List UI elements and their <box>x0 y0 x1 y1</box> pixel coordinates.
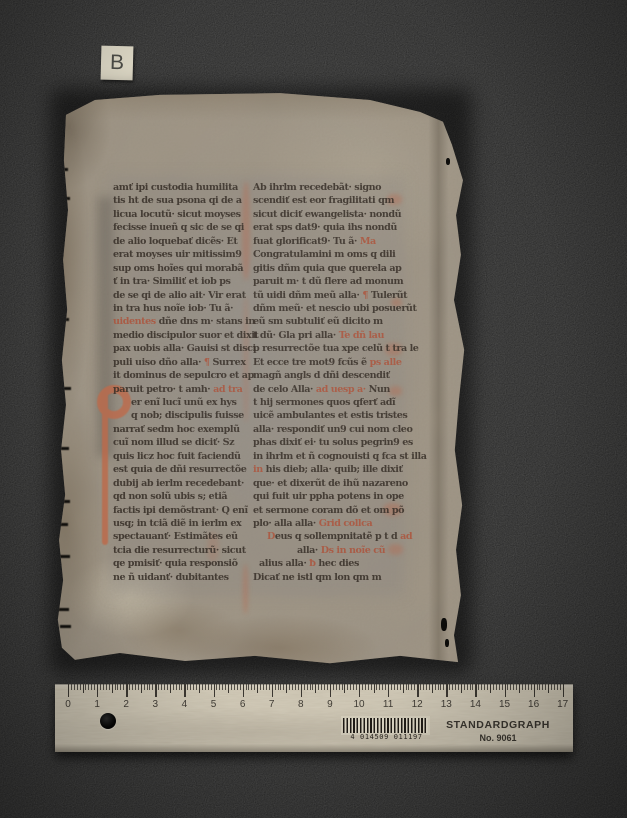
ruler-tick <box>467 684 468 690</box>
ruler-tick <box>83 684 84 693</box>
ruler-tick <box>324 684 325 690</box>
manuscript-line: eũ sm subtuliť eũ dicito m <box>253 315 399 328</box>
ruler-tick <box>551 684 552 690</box>
ruler-tick <box>91 684 92 690</box>
manuscript-line: pax uobis alla· Gauisi st disci <box>113 342 237 355</box>
ruler-tick <box>71 684 72 690</box>
ruler-tick <box>475 684 476 697</box>
manuscript-line: magñ angls d dñi descendiť <box>253 369 399 382</box>
manuscript-page: amť ipi custodia humilitatis ht de sua p… <box>57 92 465 665</box>
ruler-tick <box>400 684 401 690</box>
ruler-tick <box>368 684 369 690</box>
ruler-tick <box>120 684 121 690</box>
manuscript-line: usq; in tciã diẽ in ierlm ex <box>113 517 237 530</box>
manuscript-line: de se qi de alio ait· Vir erat <box>113 289 237 302</box>
manuscript-line: alla· respondiť un9 cui nom cleo <box>253 423 399 436</box>
ruler-tick <box>455 684 456 690</box>
ruler-cm-label: 0 <box>58 699 78 710</box>
ruler-tick <box>446 684 447 697</box>
ruler-tick <box>216 684 217 690</box>
ruler-tick <box>77 684 78 690</box>
ruler-cm-label: 14 <box>465 699 485 710</box>
ruler-tick <box>260 684 261 690</box>
manuscript-line: paruit petro· t amh· ad tra <box>113 383 237 396</box>
ruler-tick <box>347 684 348 690</box>
ruler-tick <box>336 684 337 690</box>
manuscript-line: fecisse inueñ q sic de se qi <box>113 221 237 234</box>
ruler-tick <box>193 684 194 690</box>
manuscript-line: et sermone coram dõ et om põ <box>253 504 399 517</box>
ruler-cm-label: 11 <box>378 699 398 710</box>
ruler-tick <box>234 684 235 690</box>
manuscript-line: uidentes dñe dns m· stans in <box>113 315 237 328</box>
ruler-tick <box>202 684 203 690</box>
manuscript-line: paruit m· t dũ flere ad monum <box>253 275 399 288</box>
ruler-cm-label: 3 <box>145 699 165 710</box>
manuscript-line: qui fuit uir ppha potens in ope <box>253 490 399 503</box>
manuscript-line: tcia die resurrecturũ· sicut <box>113 544 237 557</box>
ruler-tick <box>298 684 299 690</box>
ruler-tick <box>100 684 101 690</box>
ruler-tick <box>295 684 296 690</box>
ruler-cm-label: 10 <box>349 699 369 710</box>
ruler-tick <box>379 684 380 690</box>
ruler-tick <box>420 684 421 690</box>
ruler-tick <box>438 684 439 690</box>
manuscript-line: in his dieb; alla· quib; ille dixiť <box>253 463 399 476</box>
ruler-tick <box>196 684 197 690</box>
ruler-tick <box>292 684 293 690</box>
ruler-tick <box>254 684 255 690</box>
manuscript-line: t hij sermones quos qferť adĩ <box>253 396 399 409</box>
sewing-stitch <box>60 625 71 628</box>
ruler-tick <box>280 684 281 690</box>
ruler-tick <box>307 684 308 690</box>
ruler-tick <box>109 684 110 690</box>
ruler-tick <box>560 684 561 690</box>
ruler-tick <box>403 684 404 693</box>
ruler-tick <box>129 684 130 690</box>
ruler-tick <box>246 684 247 690</box>
ruler-tick <box>103 684 104 690</box>
ruler-tick <box>115 684 116 690</box>
ruler-tick <box>330 684 331 697</box>
manuscript-line: t dũ· Gla pri alla· Te dñ lau <box>253 329 399 342</box>
worm-hole <box>446 158 450 165</box>
ruler-tick <box>310 684 311 690</box>
ruler-tick <box>391 684 392 690</box>
ruler-tick <box>144 684 145 690</box>
manuscript-line: fuat glorificat9· Tu ã· Ma <box>253 235 399 248</box>
manuscript-line: plo· alla alla· Grid collca <box>253 517 399 530</box>
ruler-tick <box>278 684 279 690</box>
manuscript-column-left: amť ipi custodia humilitatis ht de sua p… <box>113 181 237 584</box>
manuscript-line: est quia de dñi resurrectõe <box>113 463 237 476</box>
ruler-cm-label: 13 <box>436 699 456 710</box>
ruler-tick <box>286 684 287 693</box>
hanging-hole <box>100 713 116 729</box>
barcode <box>343 718 428 733</box>
ruler-cm-label: 2 <box>116 699 136 710</box>
manuscript-line: uicẽ ambulantes et estis tristes <box>253 409 399 422</box>
ruler-tick <box>449 684 450 690</box>
manuscript-line: Congratulamini m oms q dili <box>253 248 399 261</box>
ruler-tick <box>208 684 209 690</box>
ruler-tick <box>123 684 124 690</box>
ruler-cm-label: 7 <box>262 699 282 710</box>
ruler-tick <box>339 684 340 690</box>
ruler-tick <box>161 684 162 690</box>
ruler-cm-label: 16 <box>524 699 544 710</box>
ruler-tick <box>496 684 497 690</box>
ruler-tick <box>289 684 290 690</box>
ruler-tick <box>502 684 503 690</box>
ruler-tick <box>408 684 409 690</box>
ruler-tick <box>149 684 150 690</box>
ruler-cm-label: 12 <box>407 699 427 710</box>
ruler-tick <box>342 684 343 690</box>
ruler-tick <box>138 684 139 690</box>
ruler-tick <box>158 684 159 690</box>
ruler-tick <box>181 684 182 690</box>
ruler-tick <box>318 684 319 690</box>
ruler-tick <box>414 684 415 690</box>
ruler-tick <box>85 684 86 690</box>
ruler-tick <box>327 684 328 690</box>
manuscript-line: tis ht de sua psona qi de a <box>113 194 237 207</box>
ruler-tick <box>344 684 345 693</box>
ruler-cm-label: 6 <box>233 699 253 710</box>
ruler-tick <box>365 684 366 690</box>
ruler-cm-label: 17 <box>553 699 573 710</box>
ruler-tick <box>464 684 465 690</box>
ruler-tick <box>214 684 215 697</box>
ruler-tick <box>537 684 538 690</box>
ruler-tick <box>190 684 191 690</box>
ruler-tick <box>179 684 180 690</box>
ruler-tick <box>272 684 273 697</box>
photograph-of-manuscript: B <box>0 0 627 818</box>
ruler-tick <box>106 684 107 690</box>
manuscript-line: p resurrectõe tua xpe celũ t tra le <box>253 342 399 355</box>
ruler-tick <box>237 684 238 690</box>
ruler-tick <box>184 684 185 697</box>
manuscript-line: ť in tra· Similiť et iob ps <box>113 275 237 288</box>
manuscript-line: phas dixiť ei· tu solus pegrin9 es <box>253 436 399 449</box>
ruler-tick <box>225 684 226 690</box>
ruler-tick <box>478 684 479 690</box>
photo-label-letter: B <box>110 51 125 75</box>
ruler-tick <box>240 684 241 690</box>
ruler-tick <box>510 684 511 690</box>
manuscript-line: Dicať ne istl qm lon qm m <box>253 571 399 584</box>
ruler-tick <box>97 684 98 697</box>
ruler-tick <box>394 684 395 690</box>
ruler-cm-label: 1 <box>87 699 107 710</box>
ruler-tick <box>304 684 305 690</box>
manuscript-line: sicut diciť ewangelista· nondũ <box>253 208 399 221</box>
manuscript-line: erat moyses uir mitissim9 <box>113 248 237 261</box>
sewing-stitch <box>58 608 69 611</box>
ruler-tick <box>141 684 142 693</box>
manuscript-line: in ihrlm et ñ cognouisti q fca st illa <box>253 450 399 463</box>
ruler-tick <box>426 684 427 690</box>
manuscript-line: puli uiso dño alla· ¶ Surrex <box>113 356 237 369</box>
ruler-tick <box>170 684 171 693</box>
ruler-tick <box>80 684 81 690</box>
ruler-tick <box>525 684 526 690</box>
ruler-tick <box>199 684 200 693</box>
ruler-tick <box>513 684 514 690</box>
ruler-cm-label: 9 <box>320 699 340 710</box>
ruler-tick <box>312 684 313 690</box>
ruler-tick <box>266 684 267 690</box>
manuscript-line: dubij ab ierlm recedebant· <box>113 477 237 490</box>
ruler-tick <box>470 684 471 690</box>
ruler-cm-label: 15 <box>495 699 515 710</box>
ruler-tick <box>283 684 284 690</box>
ruler-tick <box>440 684 441 690</box>
ruler-tick <box>472 684 473 690</box>
ruler-tick <box>528 684 529 690</box>
ruler-tick <box>248 684 249 690</box>
ruler-tick <box>176 684 177 690</box>
ruler-tick <box>353 684 354 690</box>
ruler-tick <box>545 684 546 690</box>
ruler-tick <box>406 684 407 690</box>
ruler-tick <box>534 684 535 697</box>
manuscript-line: licua locutũ· sicut moyses <box>113 208 237 221</box>
ruler-tick <box>385 684 386 690</box>
ruler-tick <box>423 684 424 690</box>
manuscript-line: alla· Ds in noĩe cũ <box>253 544 399 557</box>
ruler-tick <box>539 684 540 690</box>
ruler-tick <box>333 684 334 690</box>
ruler-tick <box>493 684 494 690</box>
manuscript-line: Ab ihrlm recedebãt· signo <box>253 181 399 194</box>
ruler-tick <box>519 684 520 693</box>
ruler-tick <box>219 684 220 690</box>
manuscript-line: sup oms hoĩes qui morabã <box>113 262 237 275</box>
ruler-tick <box>417 684 418 697</box>
manuscript-line: gitis dñm quia que querela ap <box>253 262 399 275</box>
ruler-tick <box>68 684 69 697</box>
ruler-tick <box>397 684 398 690</box>
ruler-tick <box>173 684 174 690</box>
ruler-tick <box>505 684 506 697</box>
ruler-tick <box>356 684 357 690</box>
ruler-tick <box>164 684 165 690</box>
red-bleedthrough-mark <box>243 564 248 614</box>
manuscript-line: er enĩ lucĩ unũ ex hys <box>113 396 237 409</box>
ruler-tick <box>542 684 543 690</box>
worm-hole <box>445 639 449 647</box>
ruler-tick <box>205 684 206 690</box>
ruler-tick <box>554 684 555 690</box>
manuscript-line: erat sps dat9· quia ihs nondũ <box>253 221 399 234</box>
manuscript-line: q nob; discipulis fuisse <box>113 409 237 422</box>
ruler-tick <box>531 684 532 690</box>
ruler-tick <box>382 684 383 690</box>
ruler-tick <box>435 684 436 690</box>
photo-label-card: B <box>101 46 134 81</box>
ruler-tick <box>222 684 223 690</box>
manuscript-line: Deus q sollempnitatẽ p t d ad <box>253 530 399 543</box>
ruler-tick <box>557 684 558 690</box>
manuscript-line: narrať sedm hoc exemplũ <box>113 423 237 436</box>
ruler-tick <box>231 684 232 690</box>
manuscript-line: scendiť est eor fragilitati qm <box>253 194 399 207</box>
manuscript-line: in tra hus noĩe iob· Tu ã· <box>113 302 237 315</box>
ruler-tick <box>187 684 188 690</box>
ruler-tick <box>516 684 517 690</box>
manuscript-line: amť ipi custodia humilita <box>113 181 237 194</box>
ruler-brand-text: STANDARDGRAPH <box>433 719 563 731</box>
ruler-tick <box>135 684 136 690</box>
ruler-tick <box>443 684 444 690</box>
ruler-tick <box>388 684 389 697</box>
ruler-tick <box>263 684 264 690</box>
ruler-tick <box>228 684 229 693</box>
ruler-tick <box>269 684 270 690</box>
manuscript-line: spectauanť· Estimãtes eũ <box>113 530 237 543</box>
ruler-tick <box>117 684 118 690</box>
ruler-tick <box>481 684 482 690</box>
ruler: 01234567891011121314151617 4 014509 0111… <box>55 684 573 752</box>
ruler-tick <box>321 684 322 690</box>
ruler-tick <box>147 684 148 690</box>
ruler-tick <box>429 684 430 690</box>
manuscript-line: quis licz hoc fuit faciendũ <box>113 450 237 463</box>
ruler-tick <box>155 684 156 697</box>
manuscript-line: de alio loquebať dicẽs· Et <box>113 235 237 248</box>
barcode-digits: 4 014509 011197 <box>339 733 434 741</box>
ruler-tick <box>461 684 462 693</box>
ruler-tick <box>563 684 564 697</box>
ruler-tick <box>132 684 133 690</box>
manuscript-line: que· et dixerũt de ihũ nazareno <box>253 477 399 490</box>
ruler-tick <box>350 684 351 690</box>
ruler-tick <box>251 684 252 690</box>
ruler-tick <box>507 684 508 690</box>
manuscript-line: tũ uidi dñm meũ alla· ¶ Tulerũt <box>253 289 399 302</box>
manuscript-line: alius alla· ƀ hec dies <box>253 557 399 570</box>
ruler-tick <box>74 684 75 690</box>
ruler-tick <box>359 684 360 697</box>
manuscript-column-right: Ab ihrlm recedebãt· signoscendiť est eor… <box>253 181 399 584</box>
ruler-tick <box>275 684 276 690</box>
ruler-tick <box>432 684 433 693</box>
manuscript-line: de celo Alla· ad uesp a· Nun <box>253 383 399 396</box>
ruler-tick <box>301 684 302 697</box>
manuscript-line: medio discipulor suor et dixit <box>113 329 237 342</box>
ruler-tick <box>211 684 212 690</box>
manuscript-line: qe pmisiť· quia responsiõ <box>113 557 237 570</box>
ruler-tick <box>167 684 168 690</box>
worm-hole <box>441 618 447 631</box>
manuscript-line: factis ipi demõstrant· Q enĩ <box>113 504 237 517</box>
ruler-tick <box>411 684 412 690</box>
ruler-tick <box>371 684 372 690</box>
ruler-cm-label: 5 <box>204 699 224 710</box>
ruler-tick <box>88 684 89 690</box>
manuscript-line: dñm meũ· et nescio ubi posuerũt <box>253 302 399 315</box>
ruler-tick <box>376 684 377 690</box>
manuscript-line: it dominus de sepulcro et ap <box>113 369 237 382</box>
ruler-model-text: No. 9061 <box>433 733 563 743</box>
manuscript-line: Et ecce tre mot9 fcũs ẽ ps alle <box>253 356 399 369</box>
ruler-tick <box>452 684 453 690</box>
ruler-tick <box>548 684 549 693</box>
ruler-tick <box>374 684 375 693</box>
ruler-tick <box>487 684 488 690</box>
ruler-tick <box>499 684 500 690</box>
ruler-tick <box>522 684 523 690</box>
ruler-tick <box>362 684 363 690</box>
ruler-tick <box>152 684 153 690</box>
ruler-tick <box>315 684 316 693</box>
ruler-tick <box>257 684 258 693</box>
ruler-tick <box>243 684 244 697</box>
ruler-cm-label: 8 <box>291 699 311 710</box>
manuscript-line: ne ñ uidanť· dubitantes <box>113 571 237 584</box>
ruler-cm-label: 4 <box>174 699 194 710</box>
ruler-tick <box>94 684 95 690</box>
ruler-tick <box>484 684 485 690</box>
ruler-tick <box>490 684 491 693</box>
manuscript-line: qd non solũ ubis s; etiã <box>113 490 237 503</box>
ruler-tick <box>126 684 127 697</box>
manuscript-line: cuĩ nom illud se diciť· Sz <box>113 436 237 449</box>
ruler-tick <box>458 684 459 690</box>
ruler-tick <box>112 684 113 693</box>
